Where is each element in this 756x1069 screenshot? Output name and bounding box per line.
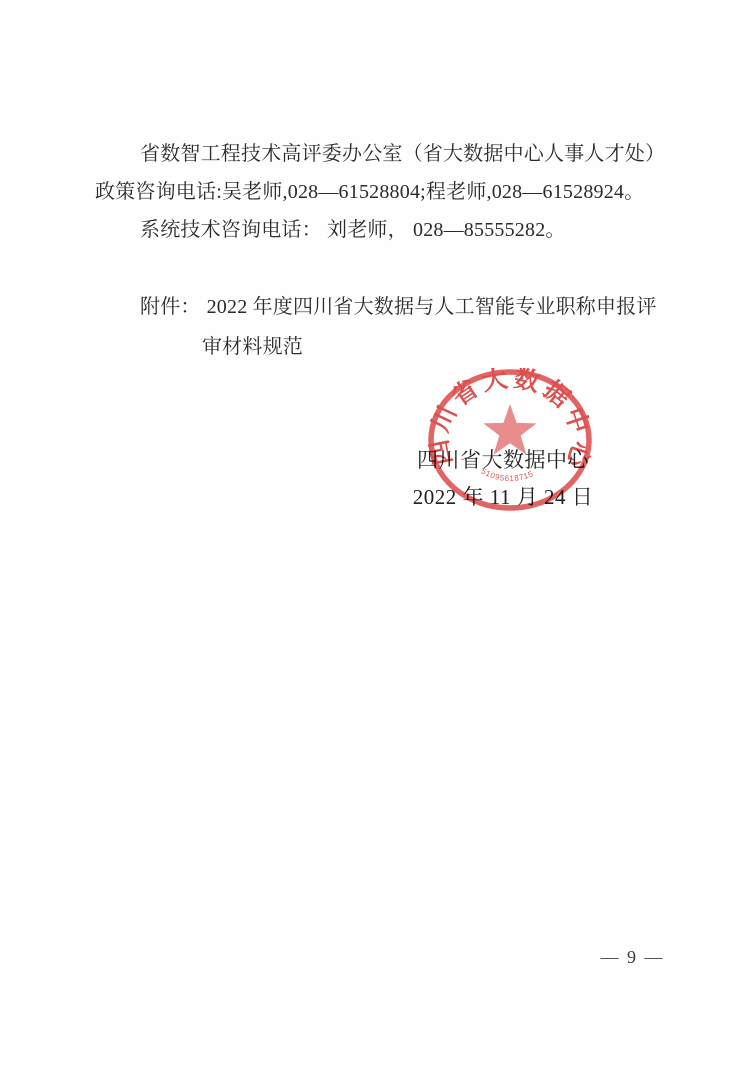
- attachment-label: 附件：: [140, 296, 201, 318]
- attachment-block: 附件：2022 年度四川省大数据与人工智能专业职称申报评 审材料规范: [95, 287, 685, 367]
- notice-body: 省数智工程技术高评委办公室（省大数据中心人事人才处） 政策咨询电话:吴老师,02…: [95, 135, 661, 249]
- document-page: 省数智工程技术高评委办公室（省大数据中心人事人才处） 政策咨询电话:吴老师,02…: [0, 0, 756, 1069]
- page-number: — 9 —: [585, 947, 680, 968]
- attachment-title-line1: 2022 年度四川省大数据与人工智能专业职称申报评: [207, 296, 657, 318]
- system-phone-line: 系统技术咨询电话： 刘老师， 028—85555282。: [95, 211, 661, 249]
- signature-org: 四川省大数据中心: [412, 447, 594, 473]
- policy-phone-line: 政策咨询电话:吴老师,028—61528804;程老师,028—61528924…: [95, 173, 661, 211]
- attachment-title-line2: 审材料规范: [202, 327, 685, 367]
- attachment-line1: 附件：2022 年度四川省大数据与人工智能专业职称申报评: [140, 287, 685, 327]
- signature-date: 2022 年 11 月 24 日: [408, 484, 598, 510]
- office-line: 省数智工程技术高评委办公室（省大数据中心人事人才处）: [95, 135, 661, 173]
